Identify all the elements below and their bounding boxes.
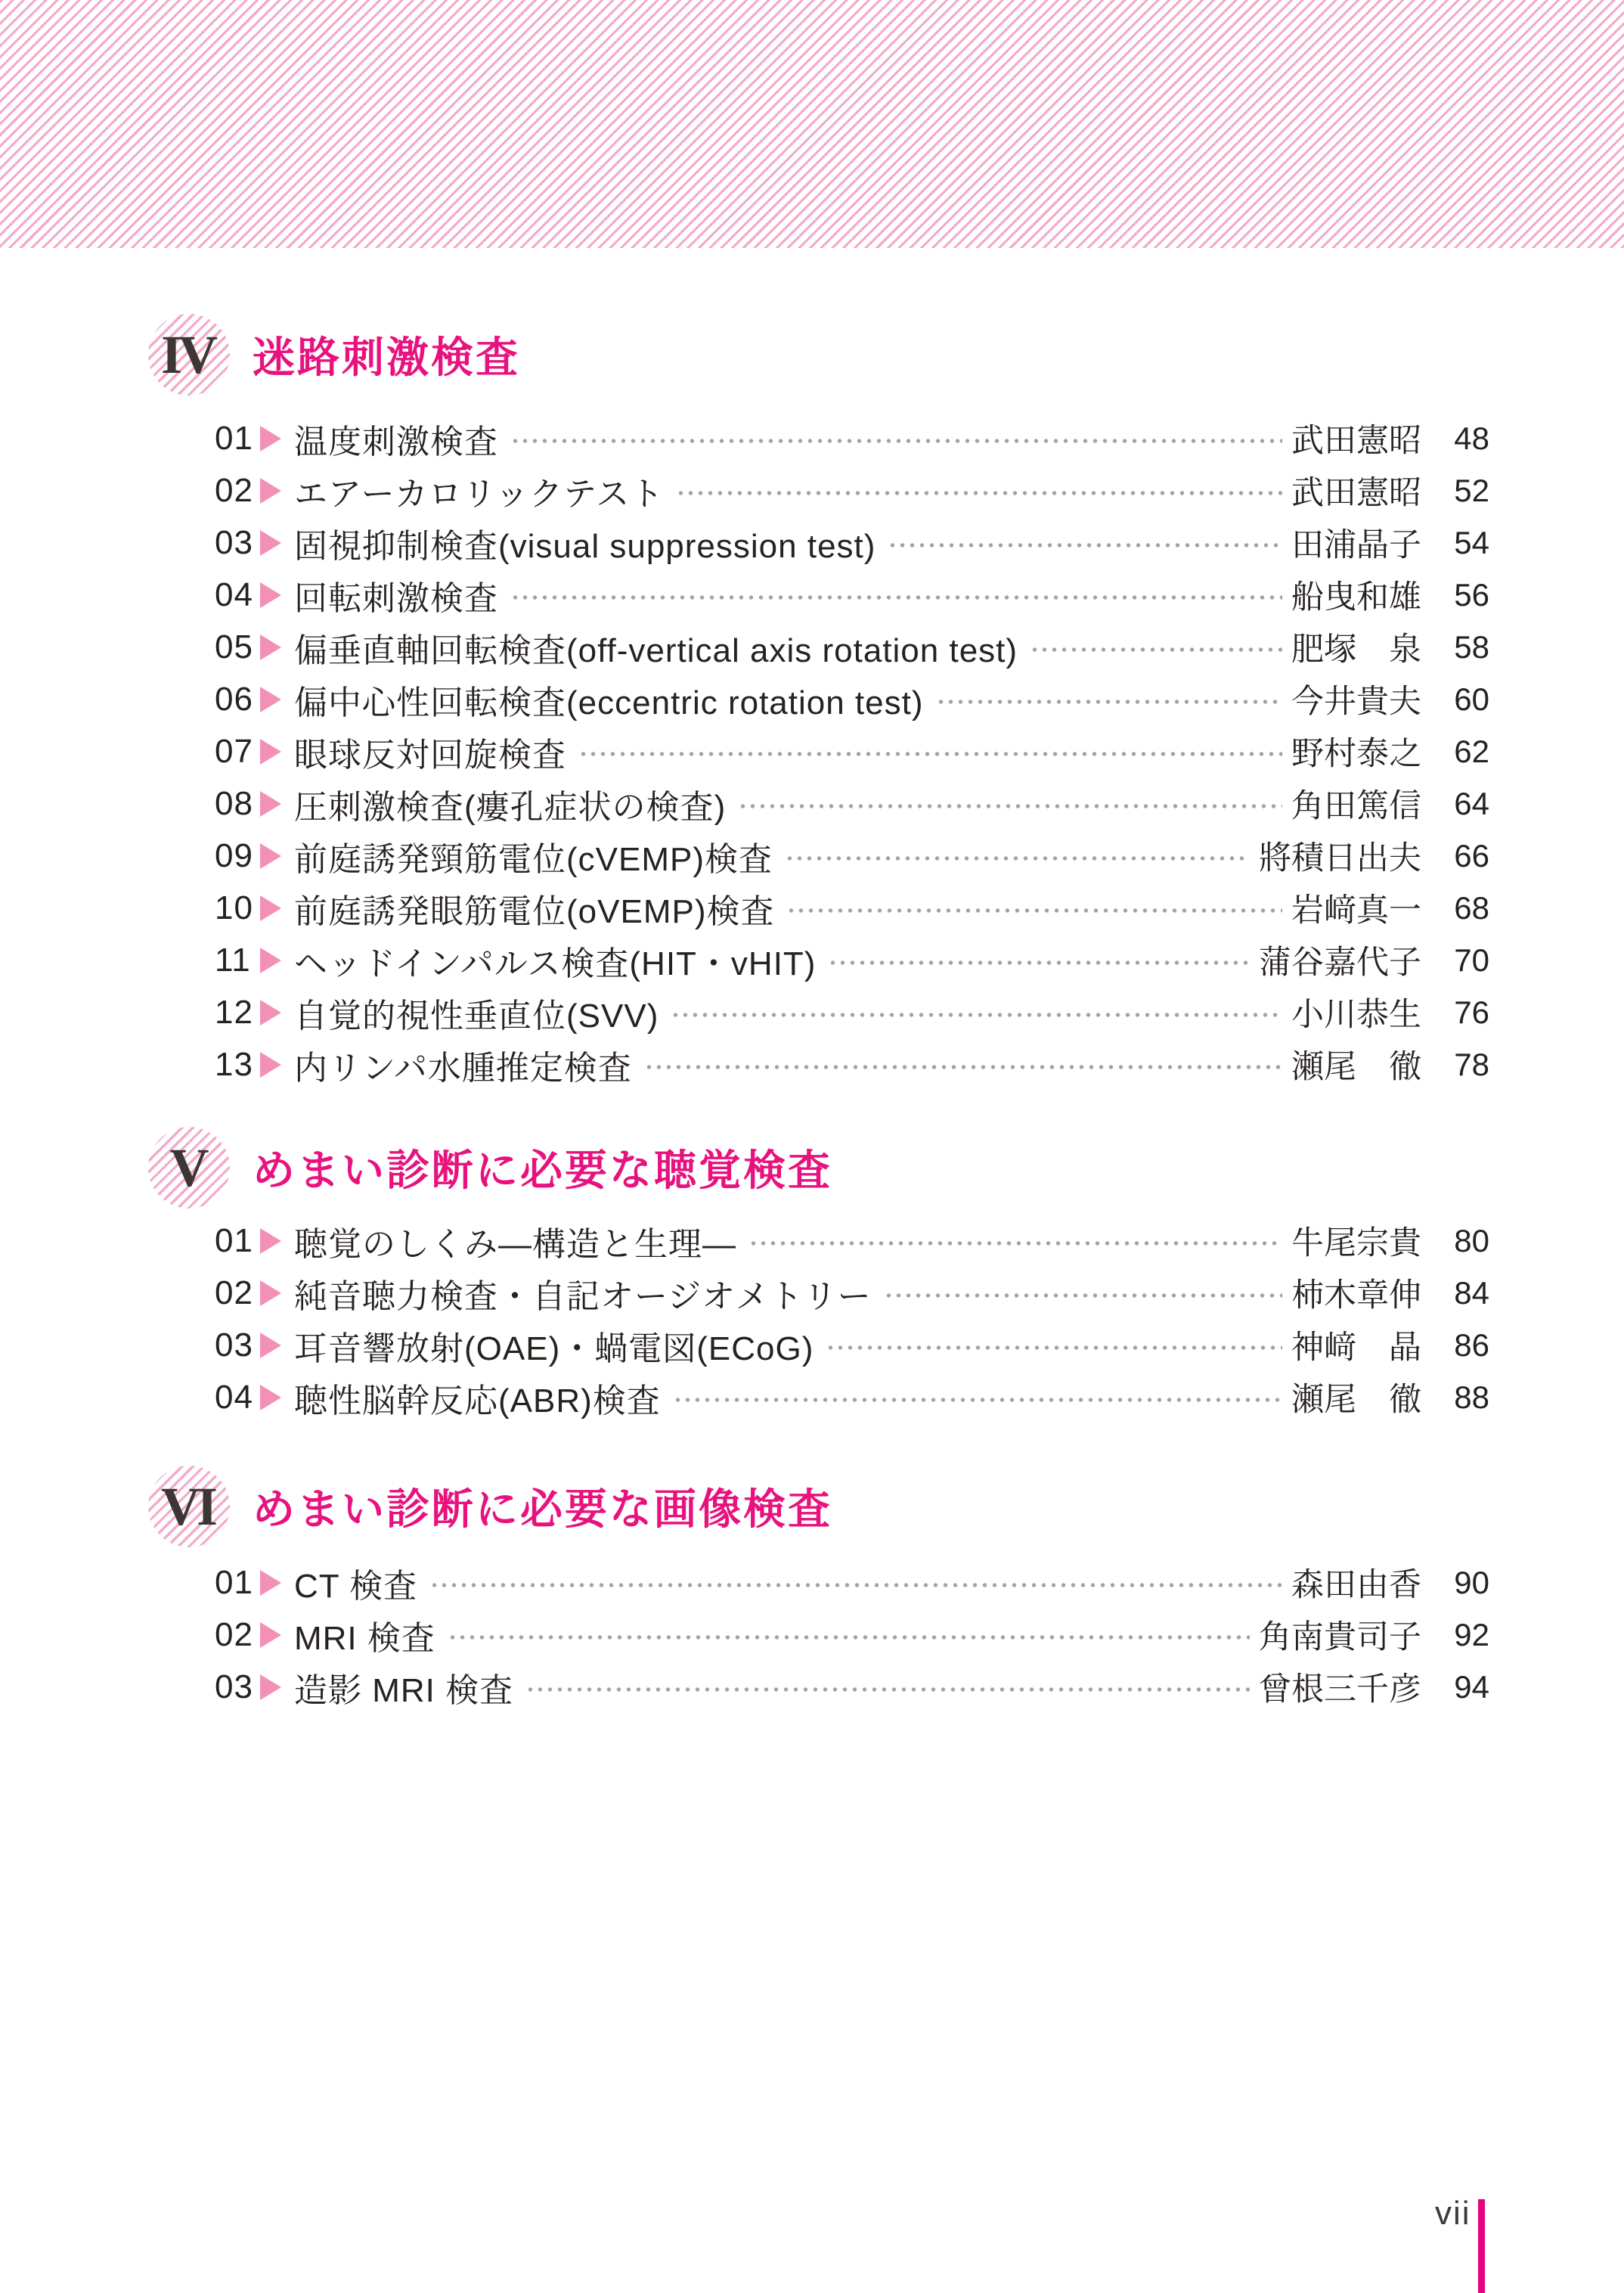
toc-row: 04回転刺激検査船曳和雄56 (215, 569, 1489, 621)
section-title: めまい診断に必要な聴覚検査 (253, 1137, 832, 1198)
item-page-number: 90 (1421, 1565, 1489, 1601)
triangle-bullet-icon (260, 426, 281, 451)
item-number: 07 (215, 733, 260, 771)
triangle-bullet-icon (260, 895, 281, 921)
toc-row: 06偏中心性回転検査(eccentric rotation test)今井貴夫6… (215, 673, 1489, 725)
dot-leader (828, 960, 1250, 965)
triangle-bullet-icon (260, 530, 281, 556)
item-author: 田浦晶子 (1291, 520, 1421, 566)
toc-row: 02MRI 検査角南貴司子92 (215, 1609, 1489, 1661)
item-number: 06 (215, 681, 260, 718)
item-number: 05 (215, 628, 260, 666)
item-title: 偏垂直軸回転検査(off-vertical axis rotation test… (294, 623, 1018, 672)
toc-section-VI: VIめまい診断に必要な画像検査01CT 検査森田由香9002MRI 検査角南貴司… (0, 1466, 1624, 1713)
toc-row: 12自覚的視性垂直位(SVV)小川恭生76 (215, 986, 1489, 1038)
dot-leader (644, 1065, 1282, 1069)
dot-leader (785, 856, 1250, 861)
item-title: 固視抑制検査(visual suppression test) (294, 519, 876, 567)
item-title: 回転刺激検査 (294, 571, 498, 619)
toc-row: 01聴覚のしくみ―構造と生理―牛尾宗貴80 (215, 1215, 1489, 1267)
toc-row: 10前庭誘発眼筋電位(oVEMP)検査岩﨑真一68 (215, 882, 1489, 934)
dot-leader (936, 700, 1283, 704)
triangle-bullet-icon (260, 635, 281, 660)
section-roman-numeral: V (170, 1140, 206, 1195)
item-number: 01 (215, 420, 260, 458)
item-number: 02 (215, 1274, 260, 1312)
item-page-number: 70 (1421, 942, 1489, 979)
item-author: 船曳和雄 (1291, 572, 1421, 618)
triangle-bullet-icon (260, 948, 281, 973)
section-header: IV迷路刺激検査 (148, 314, 1624, 396)
item-page-number: 86 (1421, 1327, 1489, 1364)
item-title: 眼球反対回旋検査 (294, 728, 566, 776)
dot-leader (676, 491, 1282, 495)
item-page-number: 60 (1421, 681, 1489, 718)
section-header: VIめまい診断に必要な画像検査 (148, 1466, 1624, 1547)
item-title: エアーカロリックテスト (294, 467, 664, 515)
item-page-number: 54 (1421, 525, 1489, 561)
dot-leader (510, 439, 1282, 443)
dot-leader (884, 1293, 1282, 1298)
item-page-number: 66 (1421, 838, 1489, 874)
toc: IV迷路刺激検査01温度刺激検査武田憲昭4802エアーカロリックテスト武田憲昭5… (0, 248, 1624, 1713)
item-title: 造影 MRI 検査 (294, 1663, 513, 1711)
item-author: 牛尾宗貴 (1291, 1218, 1421, 1264)
toc-row: 03造影 MRI 検査曾根三千彦94 (215, 1661, 1489, 1713)
section-header: Vめまい診断に必要な聴覚検査 (148, 1127, 1624, 1209)
item-page-number: 48 (1421, 420, 1489, 457)
item-title: 自覚的視性垂直位(SVV) (294, 988, 659, 1037)
dot-leader (673, 1398, 1282, 1402)
item-author: 角田篤信 (1291, 780, 1421, 827)
item-number: 12 (215, 994, 260, 1032)
section-badge: IV (148, 314, 230, 396)
toc-row: 05偏垂直軸回転検査(off-vertical axis rotation te… (215, 621, 1489, 673)
toc-row: 03耳音響放射(OAE)・蝸電図(ECoG)神﨑 晶86 (215, 1319, 1489, 1371)
toc-row: 02純音聴力検査・自記オージオメトリー柿木章伸84 (215, 1267, 1489, 1319)
item-number: 02 (215, 472, 260, 510)
item-number: 11 (215, 942, 260, 979)
item-author: 森田由香 (1291, 1559, 1421, 1606)
item-number: 01 (215, 1222, 260, 1260)
item-title: 偏中心性回転検査(eccentric rotation test) (294, 675, 924, 724)
folio-page-number: vii (1435, 2195, 1471, 2232)
dot-leader (525, 1687, 1250, 1692)
toc-row: 08圧刺激検査(瘻孔症状の検査)角田篤信64 (215, 777, 1489, 830)
top-stripe-band (0, 0, 1624, 248)
item-page-number: 58 (1421, 629, 1489, 666)
item-title: 耳音響放射(OAE)・蝸電図(ECoG) (294, 1321, 814, 1370)
triangle-bullet-icon (260, 1280, 281, 1306)
item-page-number: 88 (1421, 1379, 1489, 1416)
item-author: 武田憲昭 (1291, 415, 1421, 461)
section-item-list: 01温度刺激検査武田憲昭4802エアーカロリックテスト武田憲昭5203固視抑制検… (215, 412, 1489, 1091)
item-author: 將積日出夫 (1259, 833, 1421, 879)
item-number: 03 (215, 1668, 260, 1706)
item-number: 04 (215, 1379, 260, 1416)
item-page-number: 94 (1421, 1669, 1489, 1705)
dot-leader (738, 804, 1282, 808)
section-item-list: 01聴覚のしくみ―構造と生理―牛尾宗貴8002純音聴力検査・自記オージオメトリー… (215, 1215, 1489, 1423)
item-author: 岩﨑真一 (1291, 885, 1421, 931)
toc-section-IV: IV迷路刺激検査01温度刺激検査武田憲昭4802エアーカロリックテスト武田憲昭5… (0, 314, 1624, 1091)
item-author: 今井貴夫 (1291, 676, 1421, 722)
toc-row: 01温度刺激検査武田憲昭48 (215, 412, 1489, 464)
item-number: 01 (215, 1564, 260, 1602)
item-author: 柿木章伸 (1291, 1270, 1421, 1316)
item-author: 肥塚 泉 (1291, 624, 1421, 670)
section-badge: V (148, 1127, 230, 1209)
item-author: 野村泰之 (1291, 728, 1421, 774)
item-page-number: 56 (1421, 577, 1489, 613)
item-author: 武田憲昭 (1291, 467, 1421, 514)
item-title: 内リンパ水腫推定検査 (294, 1041, 632, 1089)
item-title: 純音聴力検査・自記オージオメトリー (294, 1269, 872, 1317)
item-page-number: 68 (1421, 890, 1489, 926)
item-author: 角南貴司子 (1259, 1612, 1421, 1658)
section-title: 迷路刺激検査 (253, 324, 520, 385)
triangle-bullet-icon (260, 1228, 281, 1254)
toc-row: 02エアーカロリックテスト武田憲昭52 (215, 464, 1489, 517)
section-item-list: 01CT 検査森田由香9002MRI 検査角南貴司子9203造影 MRI 検査曾… (215, 1556, 1489, 1713)
triangle-bullet-icon (260, 1385, 281, 1410)
item-page-number: 64 (1421, 786, 1489, 822)
toc-row: 03固視抑制検査(visual suppression test)田浦晶子54 (215, 517, 1489, 569)
toc-row: 01CT 検査森田由香90 (215, 1556, 1489, 1609)
dot-leader (429, 1583, 1282, 1587)
item-title: 圧刺激検査(瘻孔症状の検査) (294, 780, 726, 828)
item-number: 04 (215, 576, 260, 614)
section-roman-numeral: IV (161, 327, 214, 382)
toc-row: 11ヘッドインパルス検査(HIT・vHIT)蒲谷嘉代子70 (215, 934, 1489, 986)
item-number: 02 (215, 1616, 260, 1654)
triangle-bullet-icon (260, 1570, 281, 1596)
item-number: 03 (215, 524, 260, 562)
dot-leader (748, 1241, 1282, 1246)
item-title: 聴覚のしくみ―構造と生理― (294, 1217, 736, 1265)
triangle-bullet-icon (260, 1674, 281, 1700)
triangle-bullet-icon (260, 739, 281, 765)
triangle-bullet-icon (260, 1000, 281, 1025)
dot-leader (510, 595, 1282, 600)
item-page-number: 84 (1421, 1275, 1489, 1311)
triangle-bullet-icon (260, 1333, 281, 1358)
item-title: 温度刺激検査 (294, 414, 498, 463)
item-page-number: 52 (1421, 473, 1489, 509)
dot-leader (888, 543, 1282, 548)
triangle-bullet-icon (260, 1622, 281, 1648)
item-page-number: 92 (1421, 1617, 1489, 1653)
item-title: MRI 検査 (294, 1611, 435, 1659)
section-badge: VI (148, 1466, 230, 1547)
footer-accent-bar (1478, 2199, 1485, 2293)
dot-leader (826, 1345, 1282, 1350)
dot-leader (786, 908, 1282, 913)
item-title: ヘッドインパルス検査(HIT・vHIT) (294, 936, 816, 985)
triangle-bullet-icon (260, 582, 281, 608)
toc-row: 04聴性脳幹反応(ABR)検査瀬尾 徹88 (215, 1371, 1489, 1423)
item-author: 蒲谷嘉代子 (1259, 937, 1421, 983)
item-page-number: 80 (1421, 1223, 1489, 1259)
item-title: 前庭誘発頸筋電位(cVEMP)検査 (294, 832, 773, 880)
item-author: 曾根三千彦 (1259, 1664, 1421, 1710)
dot-leader (448, 1635, 1250, 1640)
item-number: 09 (215, 837, 260, 875)
item-author: 瀬尾 徹 (1291, 1374, 1421, 1420)
item-number: 10 (215, 889, 260, 927)
toc-row: 09前庭誘発頸筋電位(cVEMP)検査將積日出夫66 (215, 830, 1489, 882)
section-roman-numeral: VI (161, 1479, 214, 1534)
section-title: めまい診断に必要な画像検査 (253, 1476, 832, 1537)
item-author: 小川恭生 (1291, 989, 1421, 1035)
item-title: CT 検査 (294, 1559, 417, 1607)
item-title: 前庭誘発眼筋電位(oVEMP)検査 (294, 884, 774, 932)
item-title: 聴性脳幹反応(ABR)検査 (294, 1373, 661, 1422)
item-number: 08 (215, 785, 260, 823)
item-page-number: 62 (1421, 734, 1489, 770)
toc-row: 07眼球反対回旋検査野村泰之62 (215, 725, 1489, 777)
item-author: 神﨑 晶 (1291, 1322, 1421, 1368)
dot-leader (1030, 647, 1282, 652)
triangle-bullet-icon (260, 478, 281, 504)
triangle-bullet-icon (260, 687, 281, 712)
toc-row: 13内リンパ水腫推定検査瀬尾 徹78 (215, 1038, 1489, 1091)
triangle-bullet-icon (260, 1052, 281, 1078)
triangle-bullet-icon (260, 791, 281, 817)
dot-leader (578, 752, 1282, 756)
item-number: 03 (215, 1326, 260, 1364)
item-page-number: 76 (1421, 994, 1489, 1031)
item-number: 13 (215, 1046, 260, 1084)
item-page-number: 78 (1421, 1047, 1489, 1083)
toc-section-V: Vめまい診断に必要な聴覚検査01聴覚のしくみ―構造と生理―牛尾宗貴8002純音聴… (0, 1127, 1624, 1423)
triangle-bullet-icon (260, 843, 281, 869)
dot-leader (671, 1013, 1282, 1017)
item-author: 瀬尾 徹 (1291, 1041, 1421, 1088)
